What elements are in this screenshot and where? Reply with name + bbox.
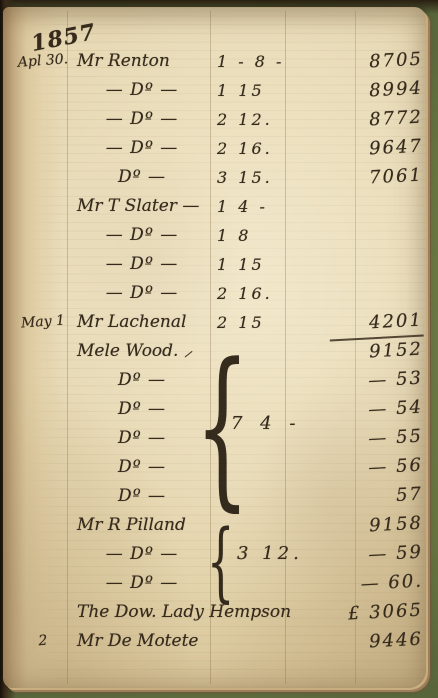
- wood-group-amount: 7 4 -: [231, 413, 301, 434]
- entry-amount: 2 16.: [217, 279, 273, 308]
- ledger-row: — Dº — 1 8: [3, 221, 426, 250]
- pilland-group-amount: 3 12.: [237, 543, 303, 564]
- entry-amount: 2 12.: [217, 105, 273, 134]
- ledger-row: — Dº — 2 16.: [3, 279, 426, 308]
- ledger-row: — Dº — 2 16. 9647: [3, 134, 426, 163]
- entry-name: Mele Wood. ⸝: [77, 337, 192, 366]
- entry-name: Mr T Slater —: [77, 192, 199, 221]
- entry-name: — Dº —: [67, 221, 217, 250]
- entry-name: Mr Lachenal: [77, 308, 186, 337]
- entry-name: — Dº —: [67, 540, 217, 569]
- ledger-row: Mr T Slater — 1 4 -: [3, 192, 426, 221]
- entry-amount: 1 15: [217, 250, 265, 279]
- ledger-page: 1857 Apl 30. Mr Renton 1 - 8 - 8705 — Dº…: [3, 7, 426, 688]
- ledger-row: Apl 30. Mr Renton 1 - 8 - 8705: [3, 47, 426, 76]
- ledger-photo: 1857 Apl 30. Mr Renton 1 - 8 - 8705 — Dº…: [0, 0, 438, 698]
- entry-amount: 1 8: [217, 221, 251, 250]
- entry-number: 9446: [328, 625, 423, 659]
- ledger-row: — Dº — 1 15: [3, 250, 426, 279]
- entry-amount: 2 16.: [217, 134, 273, 163]
- entry-amount: 1 - 8 -: [217, 47, 284, 76]
- entry-name: Mr R Pilland: [77, 511, 186, 540]
- entry-name: Mr De Motete: [77, 627, 198, 656]
- entry-name: — Dº —: [67, 134, 217, 163]
- ledger-row: 2 Mr De Motete 9446: [3, 627, 426, 656]
- entry-date: Apl 30.: [16, 45, 70, 78]
- entry-name: — Dº —: [67, 250, 217, 279]
- entry-number: 7061: [328, 161, 423, 195]
- grouping-brace-pilland: {: [207, 519, 234, 605]
- entry-name: Mr Renton: [77, 47, 170, 76]
- entry-name: The Dow. Lady Hempson: [77, 598, 291, 627]
- ledger-row: Dº — 3 15. 7061: [3, 163, 426, 192]
- entry-name: — Dº —: [67, 76, 217, 105]
- entry-name: Dº —: [67, 163, 217, 192]
- entry-name: — Dº —: [67, 105, 217, 134]
- entry-date: 2: [16, 625, 70, 658]
- entry-date: May 1: [16, 306, 70, 339]
- ledger-row: — Dº — 1 15 8994: [3, 76, 426, 105]
- entry-amount: 1 15: [217, 76, 265, 105]
- entry-amount: 3 15.: [217, 163, 273, 192]
- entry-name: — Dº —: [67, 569, 217, 598]
- entry-name: — Dº —: [67, 279, 217, 308]
- entry-amount: 1 4 -: [217, 192, 268, 221]
- ledger-row: — Dº — 2 12. 8772: [3, 105, 426, 134]
